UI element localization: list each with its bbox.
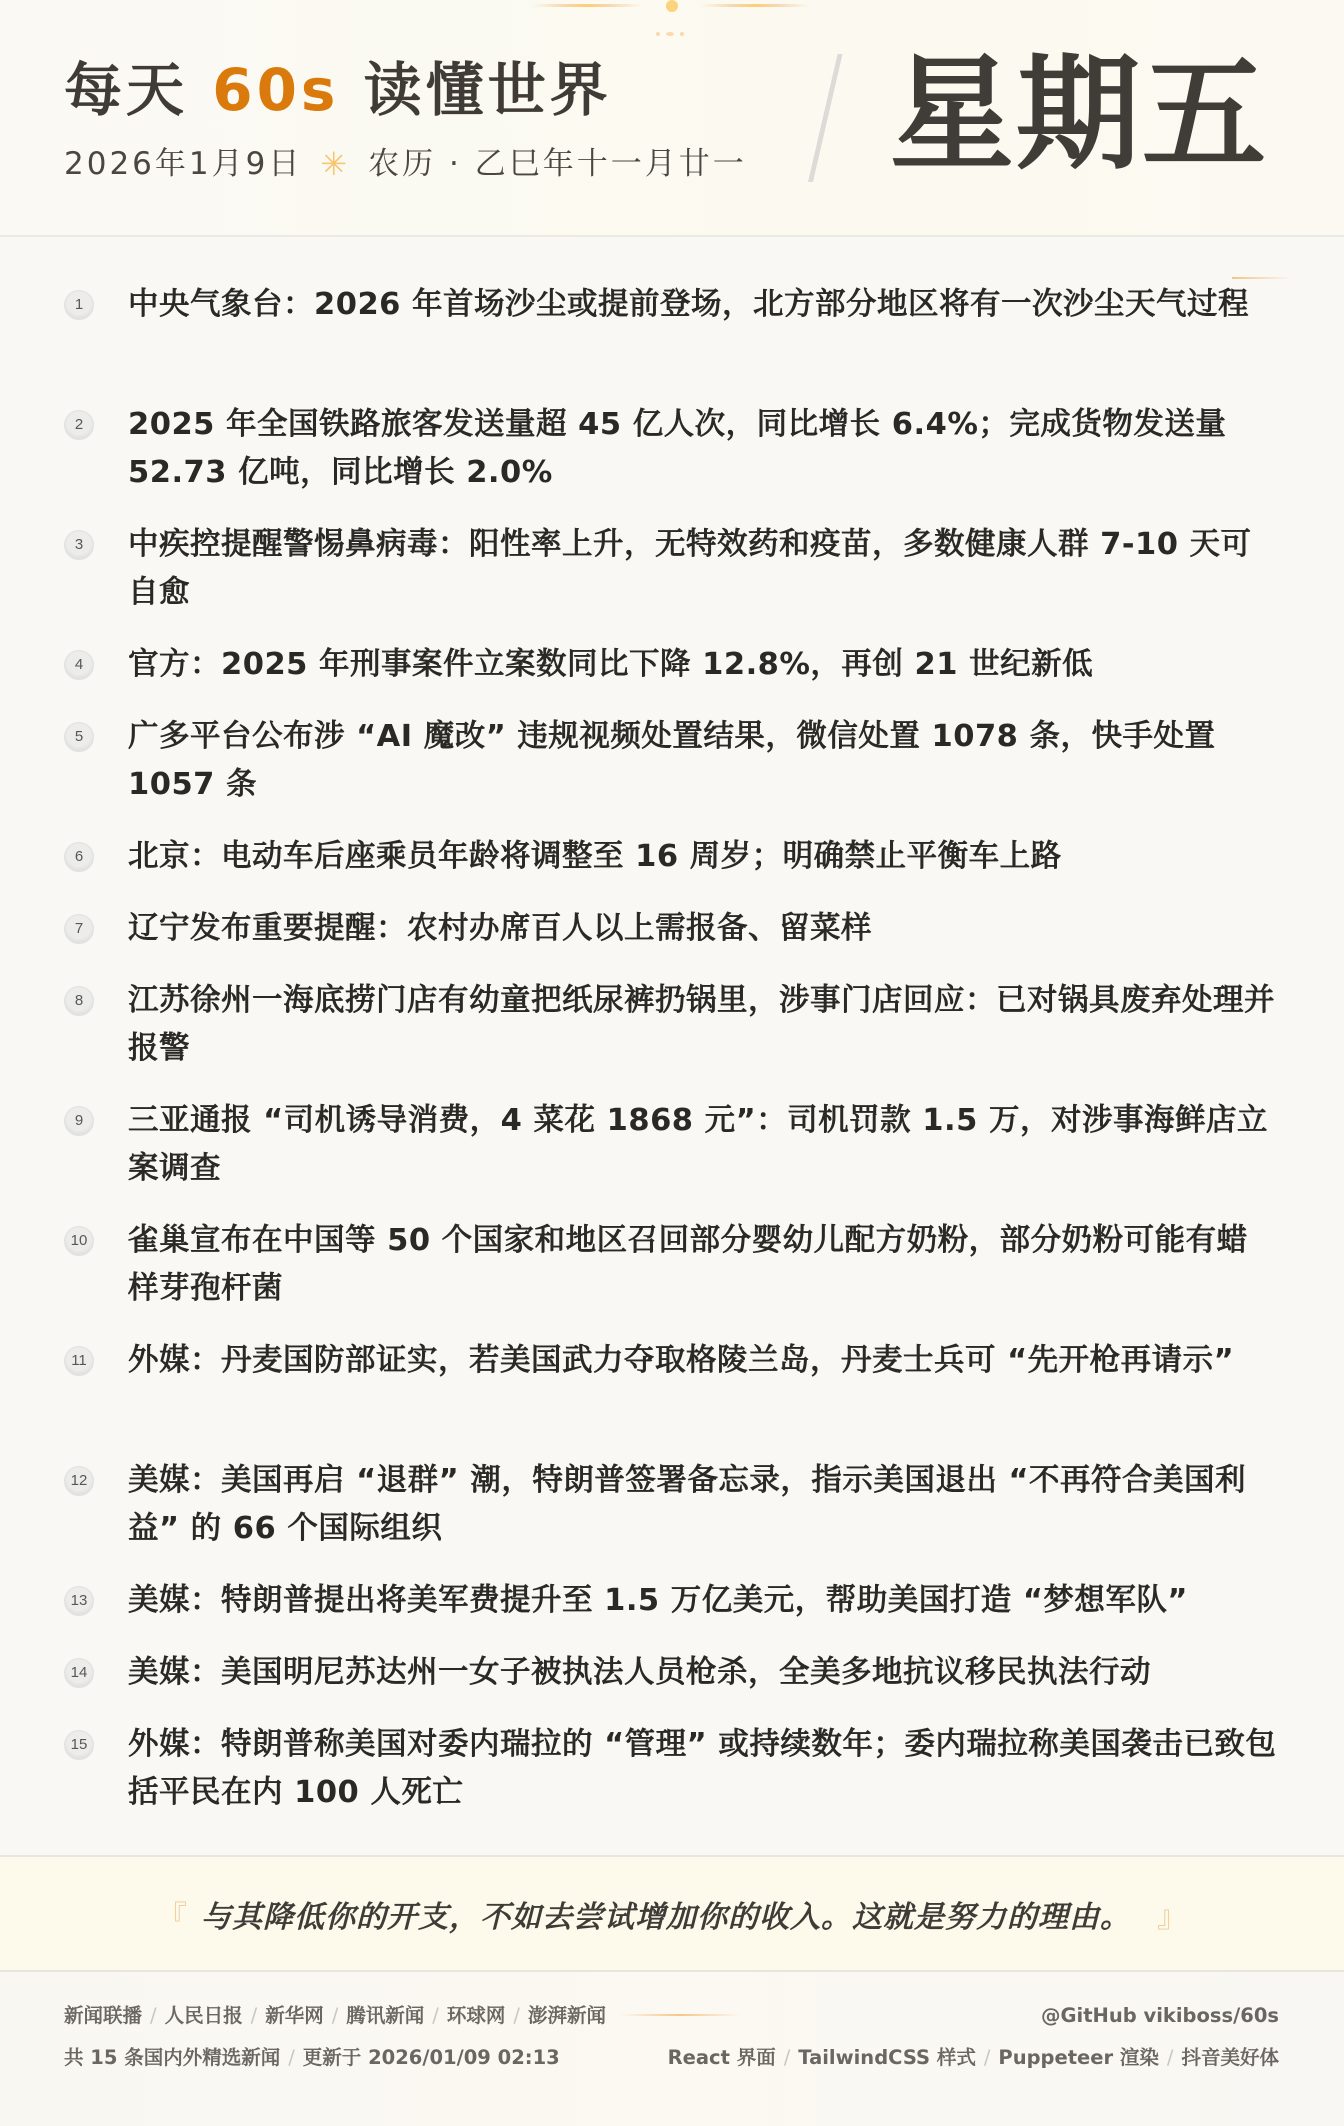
number-badge: 1 (64, 290, 94, 320)
news-text: 雀巢宣布在中国等 50 个国家和地区召回部分婴幼儿配方奶粉，部分奶粉可能有蜡样芽… (128, 1217, 1278, 1313)
news-text: 美媒：特朗普提出将美军费提升至 1.5 万亿美元，帮助美国打造 “梦想军队” (128, 1577, 1278, 1625)
news-stats: 共 15 条国内外精选新闻 / 更新于 2026/01/09 02:13 (64, 2044, 560, 2072)
separator: / (1167, 2044, 1174, 2072)
news-text: 2025 年全国铁路旅客发送量超 45 亿人次，同比增长 6.4%；完成货物发送… (128, 401, 1278, 497)
news-text: 三亚通报 “司机诱导消费，4 菜花 1868 元”：司机罚款 1.5 万，对涉事… (128, 1097, 1278, 1193)
gregorian-date: 2026年1月9日 (64, 140, 302, 188)
source-item: 澎湃新闻 (528, 2002, 606, 2030)
footer: 新闻联播 / 人民日报 / 新华网 / 腾讯新闻 / 环球网 / 澎湃新闻 共 … (0, 1972, 1344, 2126)
daily-quote: 与其降低你的开支，不如去尝试增加你的收入。这就是努力的理由。 (201, 1892, 1131, 1936)
news-text: 美媒：美国明尼苏达州一女子被执法人员枪杀，全美多地抗议移民执法行动 (128, 1649, 1278, 1697)
news-text: 辽宁发布重要提醒：农村办席百人以上需报备、留菜样 (128, 905, 1278, 953)
top-decoration (0, 0, 1344, 40)
lunar-date: 农历 · 乙巳年十一月廿一 (368, 140, 747, 188)
news-sources: 新闻联播 / 人民日报 / 新华网 / 腾讯新闻 / 环球网 / 澎湃新闻 (64, 2002, 606, 2030)
decorative-line (620, 2014, 740, 2016)
title-accent: 60s (212, 56, 339, 124)
separator: / (432, 2002, 439, 2030)
number-badge: 8 (64, 986, 94, 1016)
decorative-line (700, 4, 810, 7)
github-link: @GitHub vikiboss/60s (1041, 2002, 1279, 2030)
github-credit: @GitHub vikiboss/60s (1041, 2002, 1279, 2030)
news-text: 中疾控提醒警惕鼻病毒：阳性率上升，无特效药和疫苗，多数健康人群 7-10 天可自… (128, 521, 1278, 617)
separator: / (332, 2002, 339, 2030)
weekday: 星期五 (890, 40, 1268, 190)
news-count: 共 15 条国内外精选新闻 (64, 2044, 280, 2072)
separator: / (513, 2002, 520, 2030)
source-item: 环球网 (447, 2002, 506, 2030)
news-text: 江苏徐州一海底捞门店有幼童把纸尿裤扔锅里，涉事门店回应：已对锅具废弃处理并报警 (128, 977, 1278, 1073)
news-text: 广多平台公布涉 “AI 魔改” 违规视频处置结果，微信处置 1078 条，快手处… (128, 713, 1278, 809)
number-badge: 5 (64, 722, 94, 752)
separator: / (288, 2044, 295, 2072)
tech-item: React 界面 (668, 2044, 776, 2072)
news-list: 1 中央气象台：2026 年首场沙尘或提前登场，北方部分地区将有一次沙尘天气过程… (0, 237, 1344, 1855)
source-item: 新闻联播 (64, 2002, 142, 2030)
quote-band: 『 与其降低你的开支，不如去尝试增加你的收入。这就是努力的理由。 』 (0, 1855, 1344, 1972)
tech-item: TailwindCSS 样式 (798, 2044, 976, 2072)
number-badge: 7 (64, 914, 94, 944)
date-line: 2026年1月9日 ✳ 农历 · 乙巳年十一月廿一 (64, 140, 747, 188)
number-badge: 12 (64, 1466, 94, 1496)
number-badge: 13 (64, 1586, 94, 1616)
close-quote-mark: 』 (1157, 1892, 1187, 1936)
news-text: 中央气象台：2026 年首场沙尘或提前登场，北方部分地区将有一次沙尘天气过程 (128, 281, 1278, 329)
separator: / (784, 2044, 791, 2072)
header: 每天 60s 读懂世界 2026年1月9日 ✳ 农历 · 乙巳年十一月廿一 星期… (0, 0, 1344, 237)
number-badge: 2 (64, 410, 94, 440)
news-text: 外媒：特朗普称美国对委内瑞拉的 “管理” 或持续数年；委内瑞拉称美国袭击已致包括… (128, 1721, 1278, 1817)
ellipsis-dots-icon (656, 32, 684, 36)
decorative-line (532, 4, 642, 7)
news-text: 外媒：丹麦国防部证实，若美国武力夺取格陵兰岛，丹麦士兵可 “先开枪再请示” (128, 1337, 1278, 1385)
number-badge: 11 (64, 1346, 94, 1376)
number-badge: 10 (64, 1226, 94, 1256)
decorative-dot-icon (666, 0, 678, 12)
slash-divider (808, 54, 843, 182)
news-text: 美媒：美国再启 “退群” 潮，特朗普签署备忘录，指示美国退出 “不再符合美国利益… (128, 1457, 1278, 1553)
update-time: 更新于 2026/01/09 02:13 (303, 2044, 560, 2072)
number-badge: 6 (64, 842, 94, 872)
tech-item: Puppeteer 渲染 (998, 2044, 1159, 2072)
number-badge: 15 (64, 1730, 94, 1760)
decorative-line (1232, 277, 1292, 279)
separator: / (251, 2002, 258, 2030)
separator: / (984, 2044, 991, 2072)
news-text: 官方：2025 年刑事案件立案数同比下降 12.8%，再创 21 世纪新低 (128, 641, 1278, 689)
source-item: 新华网 (265, 2002, 324, 2030)
page-title: 每天 60s 读懂世界 (64, 50, 612, 130)
asterisk-icon: ✳ (320, 140, 350, 188)
title-suffix: 读懂世界 (364, 56, 612, 124)
number-badge: 14 (64, 1658, 94, 1688)
number-badge: 4 (64, 650, 94, 680)
title-prefix: 每天 (64, 56, 188, 124)
source-item: 腾讯新闻 (346, 2002, 424, 2030)
open-quote-mark: 『 (157, 1892, 187, 1936)
tech-item: 抖音美好体 (1181, 2044, 1279, 2072)
source-item: 人民日报 (165, 2002, 243, 2030)
number-badge: 3 (64, 530, 94, 560)
separator: / (150, 2002, 157, 2030)
news-text: 北京：电动车后座乘员年龄将调整至 16 周岁；明确禁止平衡车上路 (128, 833, 1278, 881)
number-badge: 9 (64, 1106, 94, 1136)
tech-stack: React 界面 / TailwindCSS 样式 / Puppeteer 渲染… (668, 2044, 1279, 2072)
